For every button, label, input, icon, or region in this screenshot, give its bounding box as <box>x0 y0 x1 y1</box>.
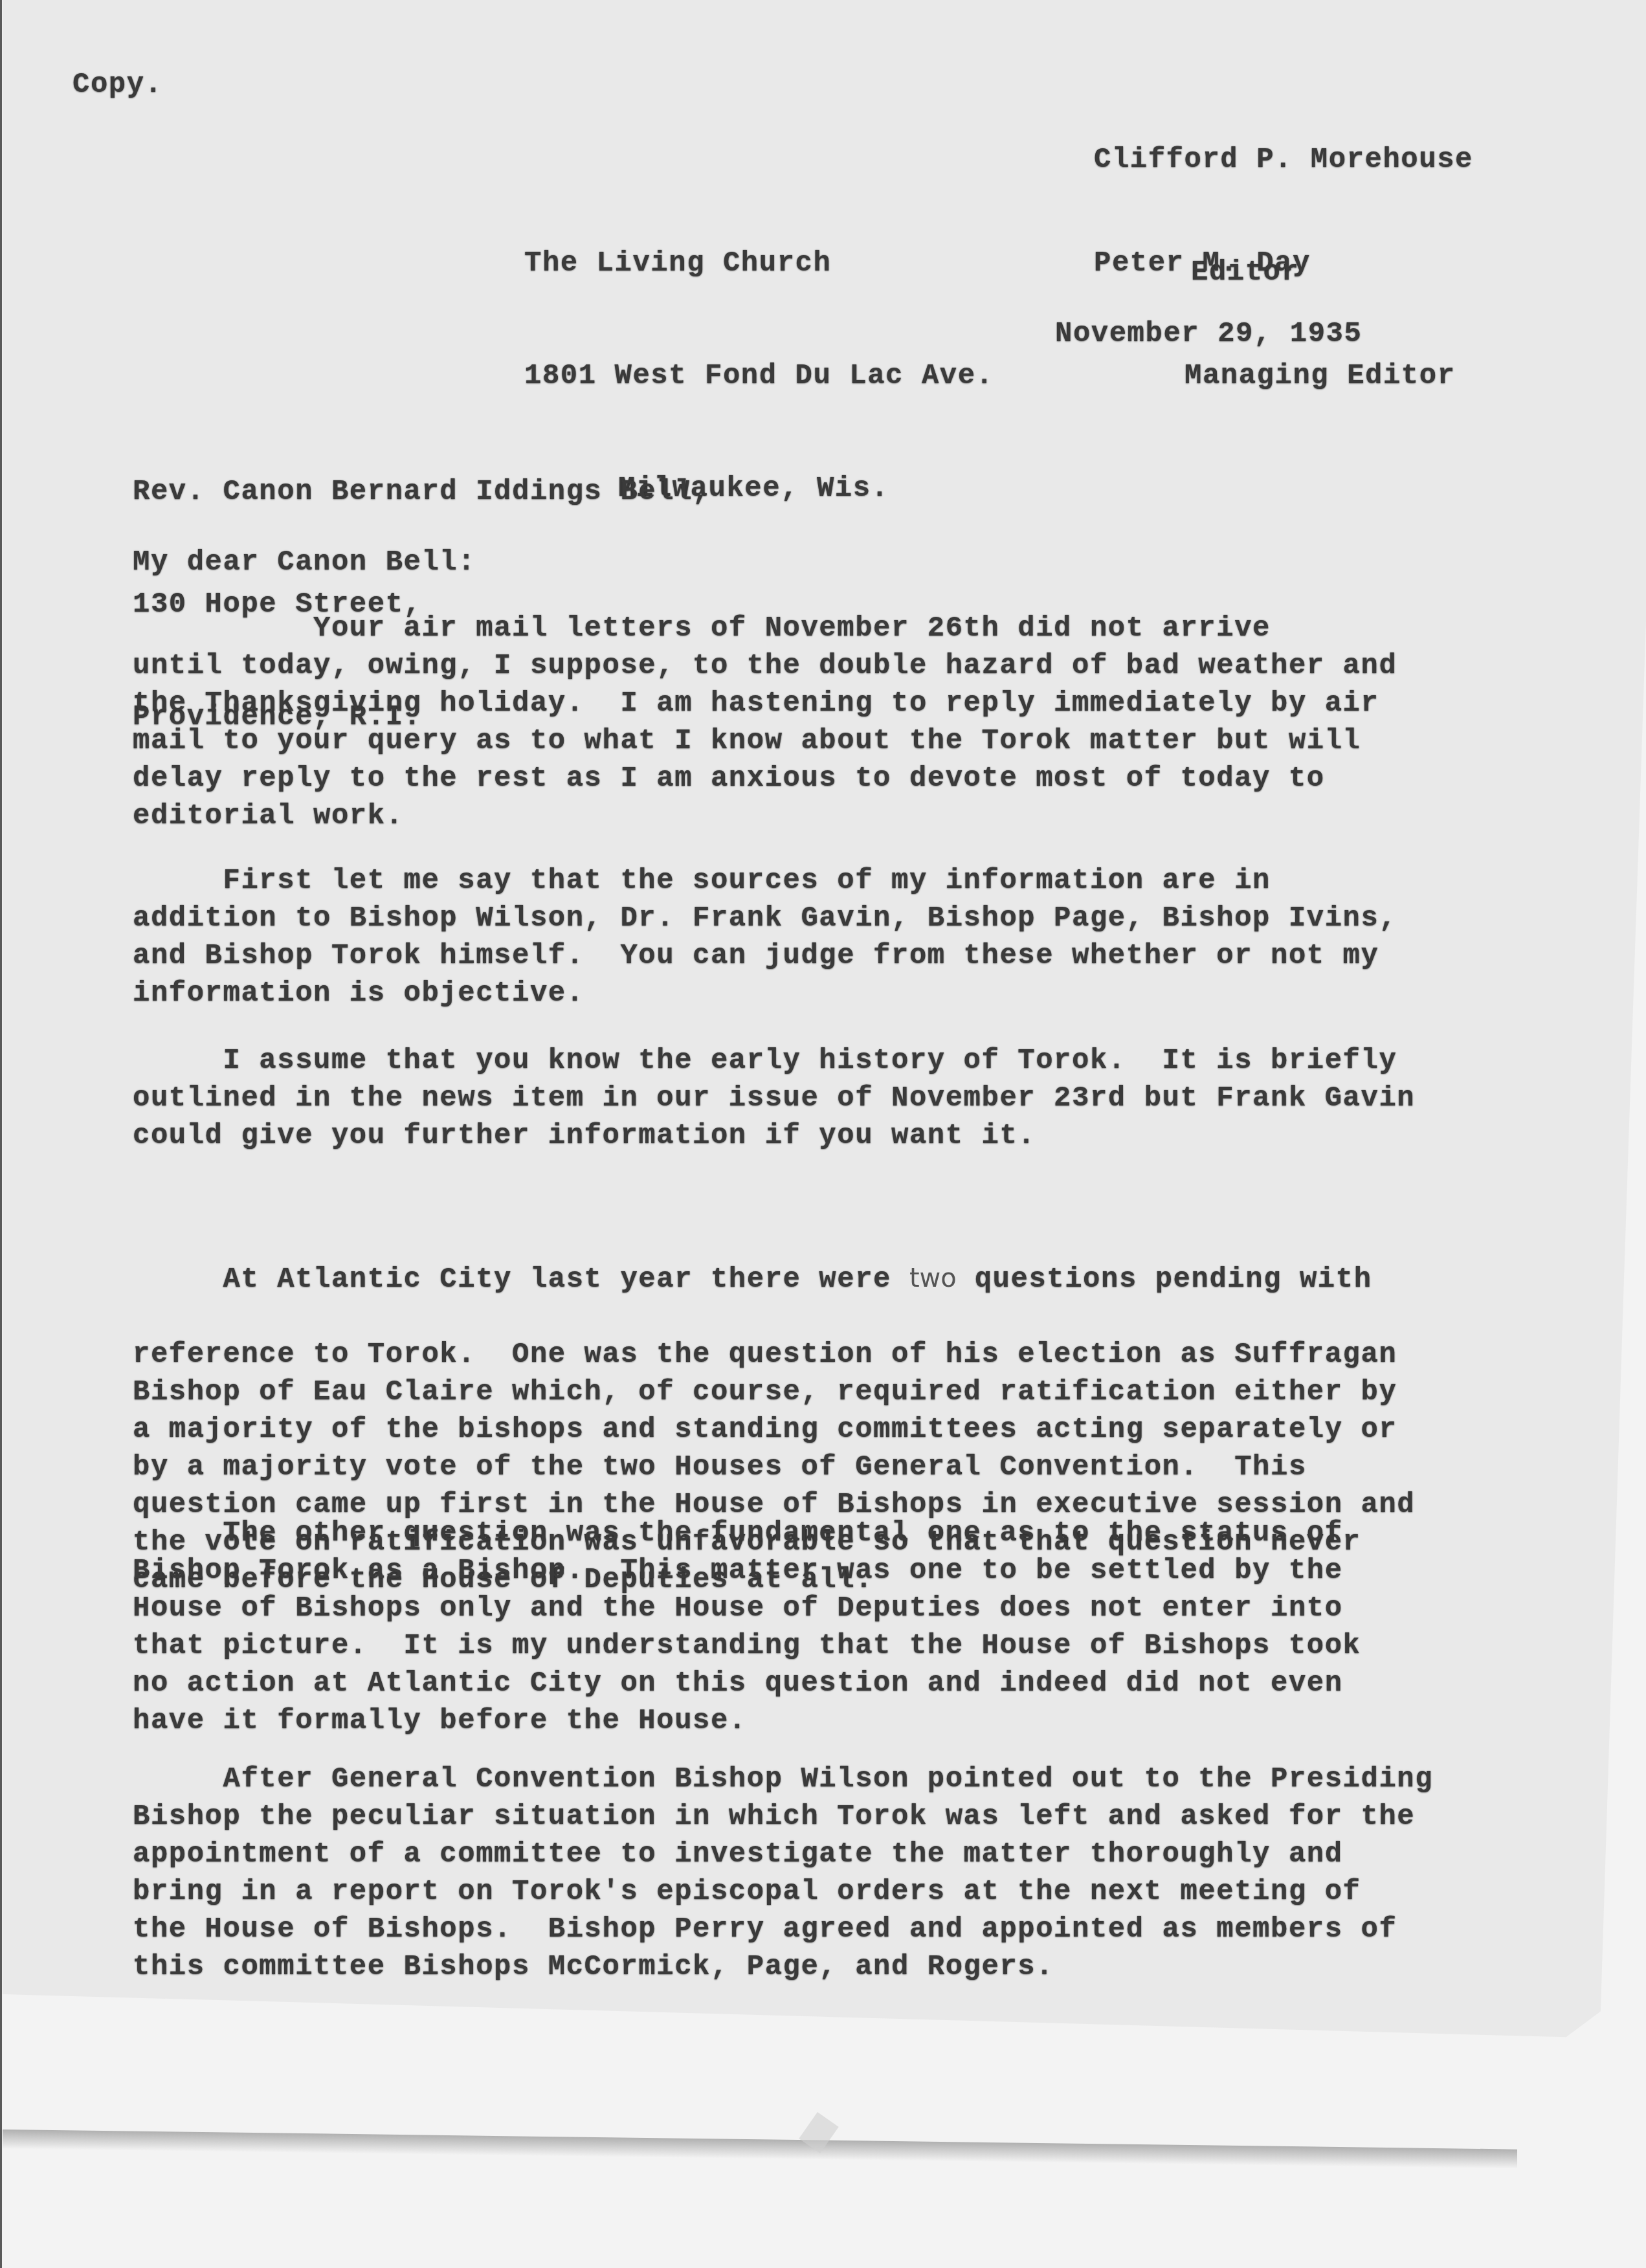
text-line: that picture. It is my understanding tha… <box>133 1627 1361 1665</box>
text-line: outlined in the news item in our issue o… <box>133 1080 1415 1117</box>
text-line: I assume that you know the early history… <box>133 1042 1415 1080</box>
recipient-name: Rev. Canon Bernard Iddings Bell, <box>133 473 711 511</box>
handwritten-insert: two <box>909 1263 957 1293</box>
text-line: no action at Atlantic City on this quest… <box>133 1665 1361 1702</box>
managing-editor-name: Peter M. Day <box>1094 245 1456 282</box>
text-line: bring in a report on Torok's episcopal o… <box>133 1873 1433 1911</box>
first-line-after: questions pending with <box>957 1263 1372 1296</box>
text-line: editorial work. <box>133 797 1397 835</box>
text-line: Your air mail letters of November 26th d… <box>133 610 1397 647</box>
text-line: a majority of the bishops and standing c… <box>133 1411 1415 1449</box>
text-line: by a majority vote of the two Houses of … <box>133 1449 1415 1486</box>
salutation: My dear Canon Bell: <box>133 544 476 581</box>
text-line: After General Convention Bishop Wilson p… <box>133 1761 1433 1798</box>
text-line: information is objective. <box>133 975 1397 1012</box>
paragraph-3: I assume that you know the early history… <box>133 1042 1415 1155</box>
text-line: Bishop the peculiar situation in which T… <box>133 1798 1433 1836</box>
copy-mark: Copy. <box>72 66 163 104</box>
paragraph-1: Your air mail letters of November 26th d… <box>133 610 1397 835</box>
text-line: the Thanksgiving holiday. I am hastening… <box>133 685 1397 722</box>
text-line: addition to Bishop Wilson, Dr. Frank Gav… <box>133 900 1397 937</box>
text-line: the House of Bishops. Bishop Perry agree… <box>133 1911 1433 1948</box>
managing-editor-block: Peter M. Day Managing Editor <box>1094 170 1456 432</box>
text-line: Bishop Torok as a Bishop. This matter wa… <box>133 1552 1361 1590</box>
text-line: The other question was the fundamental o… <box>133 1515 1361 1552</box>
text-line: reference to Torok. One was the question… <box>133 1336 1415 1373</box>
paragraph-2: First let me say that the sources of my … <box>133 862 1397 1012</box>
paragraph-4-first-line: At Atlantic City last year there were tw… <box>133 1260 1415 1298</box>
paragraph-6: After General Convention Bishop Wilson p… <box>133 1761 1433 1986</box>
first-line-before: At Atlantic City last year there were <box>133 1263 909 1296</box>
text-line: this committee Bishops McCormick, Page, … <box>133 1948 1433 1986</box>
text-line: appointment of a committee to investigat… <box>133 1836 1433 1873</box>
text-line: and Bishop Torok himself. You can judge … <box>133 937 1397 975</box>
letter-date: November 29, 1935 <box>1055 315 1362 353</box>
paragraph-5: The other question was the fundamental o… <box>133 1515 1361 1740</box>
text-line: until today, owing, I suppose, to the do… <box>133 647 1397 685</box>
text-line: delay reply to the rest as I am anxious … <box>133 760 1397 797</box>
text-line: mail to your query as to what I know abo… <box>133 722 1397 760</box>
publication-name: The Living Church <box>524 245 994 282</box>
text-line: have it formally before the House. <box>133 1702 1361 1740</box>
text-line: First let me say that the sources of my … <box>133 862 1397 900</box>
publication-street: 1801 West Fond Du Lac Ave. <box>524 357 994 395</box>
text-line: House of Bishops only and the House of D… <box>133 1590 1361 1627</box>
scan-left-edge <box>0 0 2 2268</box>
managing-editor-title: Managing Editor <box>1094 357 1456 395</box>
text-line: Bishop of Eau Claire which, of course, r… <box>133 1373 1415 1411</box>
text-line: could give you further information if yo… <box>133 1117 1415 1155</box>
